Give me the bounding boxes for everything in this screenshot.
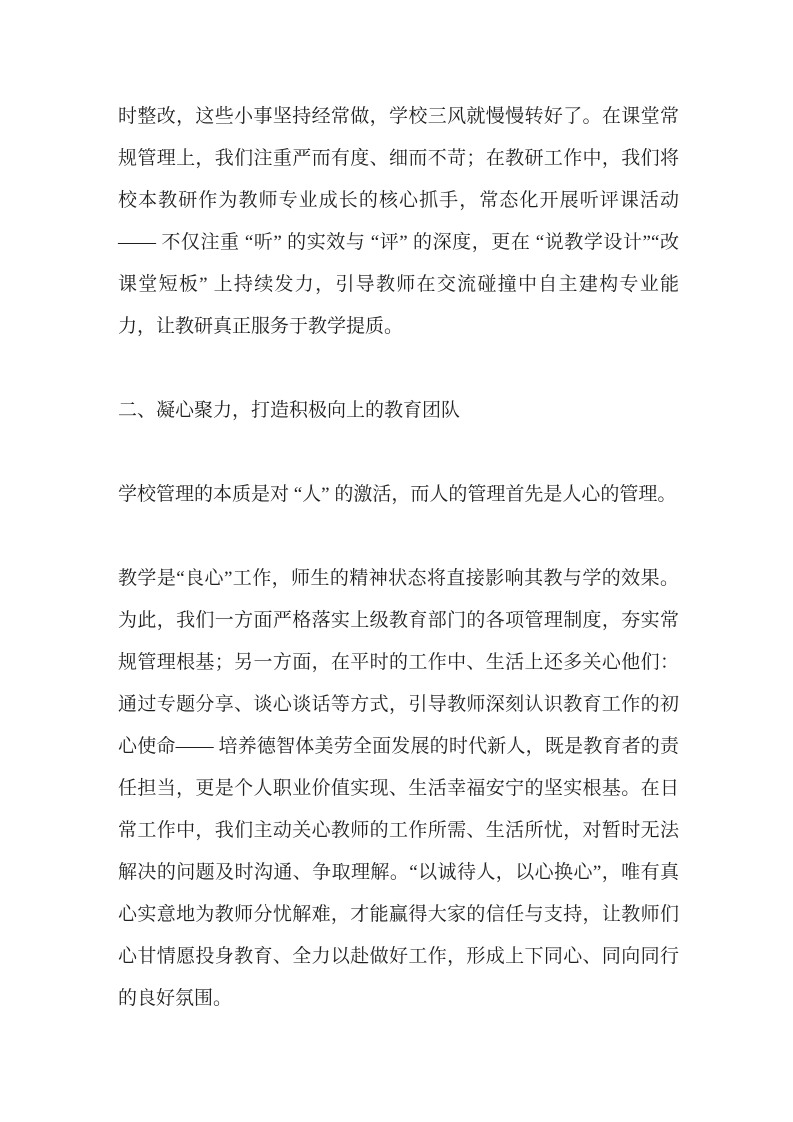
section-heading: 二、凝心聚力，打造积极向上的教育团队 — [118, 390, 679, 432]
paragraph-teacher-care: 教学是“良心”工作，师生的精神状态将直接影响其教与学的效果。为此，我们一方面严格… — [118, 558, 679, 1020]
paragraph-continuation: 时整改，这些小事坚持经常做，学校三风就慢慢转好了。在课堂常规管理上，我们注重严而… — [118, 96, 679, 348]
document-page: 时整改，这些小事坚持经常做，学校三风就慢慢转好了。在课堂常规管理上，我们注重严而… — [0, 0, 793, 1122]
paragraph-management-essence: 学校管理的本质是对 “人” 的激活，而人的管理首先是人心的管理。 — [118, 474, 679, 516]
